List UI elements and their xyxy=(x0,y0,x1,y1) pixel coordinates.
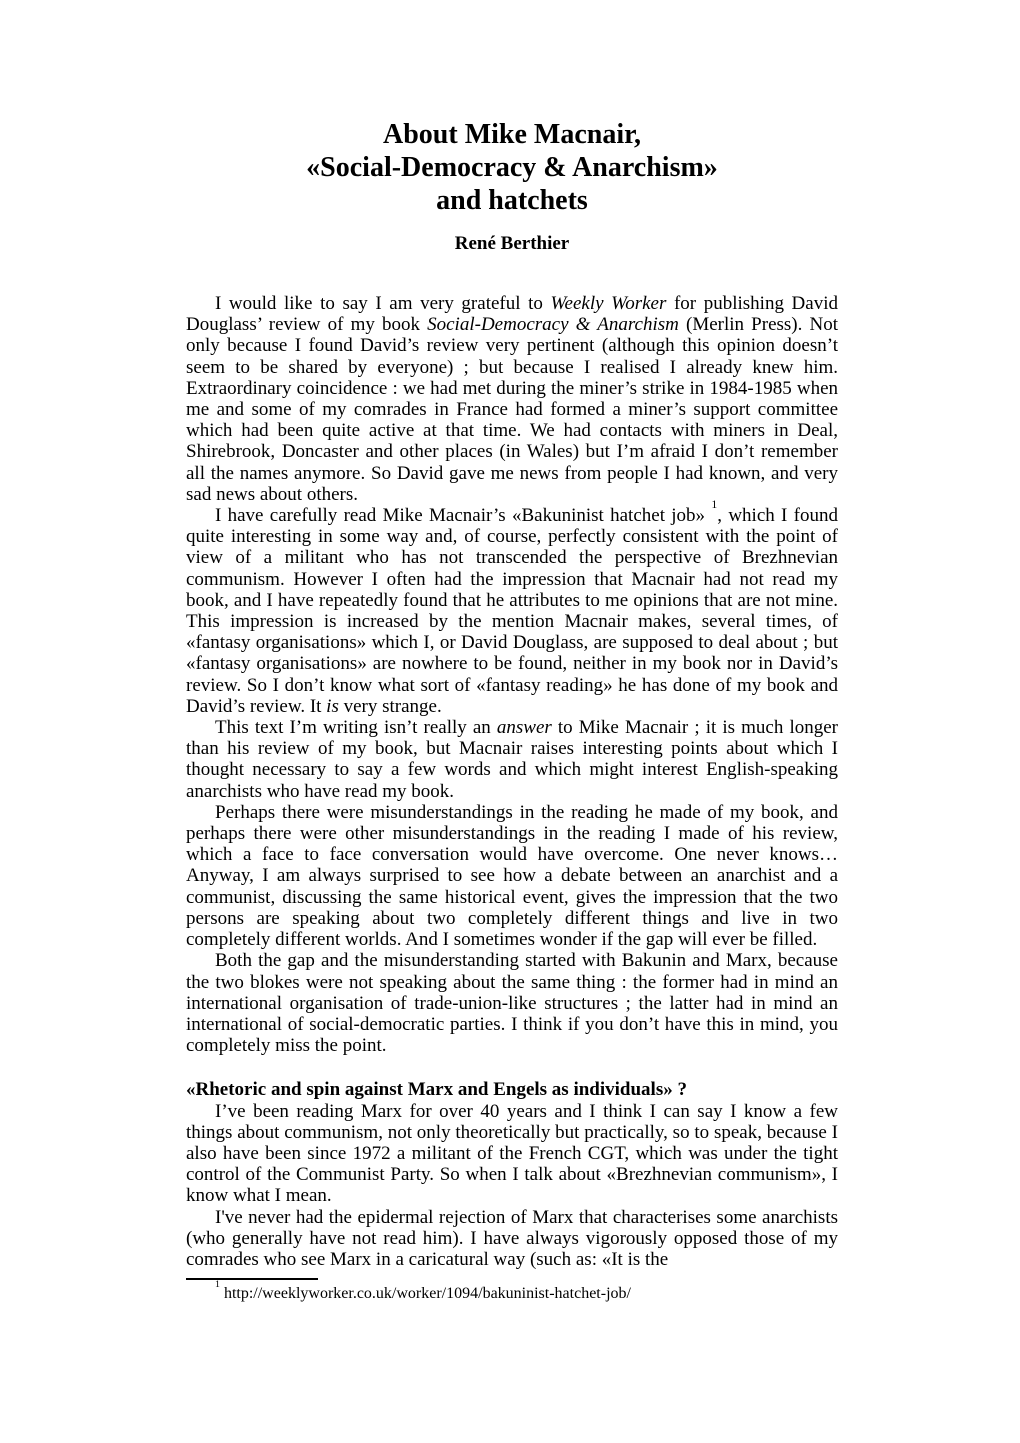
document-title: About Mike Macnair, «Social-Democracy & … xyxy=(186,118,838,217)
document-body: I would like to say I am very grateful t… xyxy=(186,293,838,1270)
document-title-line-1: About Mike Macnair, xyxy=(186,118,838,151)
text-column: About Mike Macnair, «Social-Democracy & … xyxy=(186,0,838,1303)
footnote-mark: 1 xyxy=(215,1279,220,1290)
footnote-separator xyxy=(186,1278,318,1280)
footnote: 1 http://weeklyworker.co.uk/worker/1094/… xyxy=(186,1284,838,1303)
document-page: About Mike Macnair, «Social-Democracy & … xyxy=(0,0,1020,1443)
paragraph: Perhaps there were misunderstandings in … xyxy=(186,802,838,950)
paragraph: I have carefully read Mike Macnair’s «Ba… xyxy=(186,505,838,717)
section-heading: «Rhetoric and spin against Marx and Enge… xyxy=(186,1079,838,1100)
paragraph: I’ve been reading Marx for over 40 years… xyxy=(186,1101,838,1207)
paragraph: I would like to say I am very grateful t… xyxy=(186,293,838,505)
document-title-line-2: «Social-Democracy & Anarchism» xyxy=(186,151,838,184)
footnote-reference: 1 xyxy=(711,498,717,511)
paragraph: This text I’m writing isn’t really an an… xyxy=(186,717,838,802)
paragraph: I've never had the epidermal rejection o… xyxy=(186,1207,838,1271)
paragraph: Both the gap and the misunderstanding st… xyxy=(186,950,838,1056)
document-title-line-3: and hatchets xyxy=(186,184,838,217)
author-name: René Berthier xyxy=(186,233,838,255)
footnote-url: http://weeklyworker.co.uk/worker/1094/ba… xyxy=(224,1285,631,1302)
